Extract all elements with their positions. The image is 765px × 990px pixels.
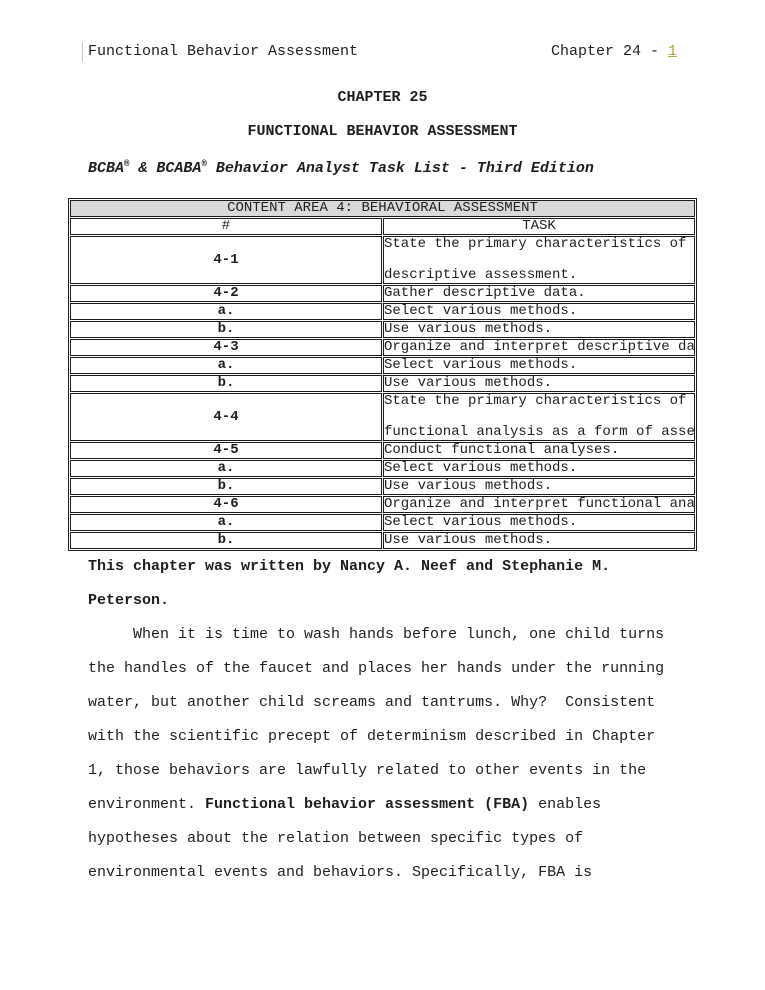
paragraph-text: environment. — [88, 796, 205, 813]
paragraph-text: environmental events and behaviors. Spec… — [88, 864, 592, 881]
task-text-line: Gather descriptive data. — [384, 286, 694, 301]
task-number-cell: b. — [70, 478, 382, 495]
task-row: b.Use various methods. — [70, 532, 695, 549]
task-list-subtitle: BCBA® & BCABA® Behavior Analyst Task Lis… — [88, 160, 594, 178]
paragraph-text: the handles of the faucet and places her… — [88, 660, 664, 677]
attribution-line: Peterson. — [88, 584, 610, 618]
task-number-cell: b. — [70, 375, 382, 392]
column-header-task: TASK — [383, 218, 695, 235]
task-text-line: State the primary characteristics of and… — [384, 394, 694, 409]
task-text-cell: Select various methods. — [383, 303, 695, 320]
task-number-cell: 4-4 — [70, 393, 382, 441]
document-page: Functional Behavior Assessment Chapter 2… — [0, 0, 765, 990]
task-number-cell: a. — [70, 357, 382, 374]
task-text-line: State the primary characteristics of and… — [384, 237, 694, 252]
task-number-cell: a. — [70, 514, 382, 531]
task-text-cell: Select various methods. — [383, 357, 695, 374]
subtitle-text: & BCABA — [129, 160, 201, 177]
table-title-row: CONTENT AREA 4: BEHAVIORAL ASSESSMENT — [70, 200, 695, 217]
task-number-cell: 4-5 — [70, 442, 382, 459]
paragraph-line: with the scientific precept of determini… — [88, 720, 664, 754]
running-header: Functional Behavior Assessment Chapter 2… — [88, 44, 677, 60]
task-text-line: Use various methods. — [384, 479, 694, 494]
task-row: 4-2Gather descriptive data. — [70, 285, 695, 302]
paragraph-text: water, but another child screams and tan… — [88, 694, 655, 711]
task-text-cell: Use various methods. — [383, 321, 695, 338]
subtitle-text: Behavior Analyst Task List - Third Editi… — [207, 160, 594, 177]
paragraph-line: the handles of the faucet and places her… — [88, 652, 664, 686]
column-header-num: # — [70, 218, 382, 235]
task-text-line: Select various methods. — [384, 358, 694, 373]
paragraph-text: hypotheses about the relation between sp… — [88, 830, 583, 847]
chapter-page-prefix: Chapter 24 - — [551, 43, 668, 60]
task-text-line: Organize and interpret functional analys… — [384, 497, 694, 512]
task-row: b.Use various methods. — [70, 375, 695, 392]
chapter-title-heading: FUNCTIONAL BEHAVIOR ASSESSMENT — [0, 124, 765, 140]
task-text-line: Use various methods. — [384, 376, 694, 391]
task-text-line: functional analysis as a form of assessm… — [384, 425, 694, 440]
task-text-cell: Select various methods. — [383, 514, 695, 531]
subtitle-text: BCBA — [88, 160, 124, 177]
paragraph-line: water, but another child screams and tan… — [88, 686, 664, 720]
task-row: 4-6Organize and interpret functional ana… — [70, 496, 695, 513]
task-number-cell: b. — [70, 532, 382, 549]
task-text-line: Organize and interpret descriptive data. — [384, 340, 694, 355]
task-number-cell: 4-2 — [70, 285, 382, 302]
task-row: a.Select various methods. — [70, 357, 695, 374]
attribution-line: This chapter was written by Nancy A. Nee… — [88, 550, 610, 584]
paragraph-text: enables — [529, 796, 601, 813]
paragraph-line: environmental events and behaviors. Spec… — [88, 856, 664, 890]
task-text-cell: Conduct functional analyses. — [383, 442, 695, 459]
paragraph-line: hypotheses about the relation between sp… — [88, 822, 664, 856]
task-text-cell: State the primary characteristics of and… — [383, 236, 695, 284]
attribution-paragraph: This chapter was written by Nancy A. Nee… — [88, 550, 610, 618]
task-row: a.Select various methods. — [70, 514, 695, 531]
margin-marker — [82, 42, 83, 62]
task-text-cell: Use various methods. — [383, 375, 695, 392]
paragraph-text: with the scientific precept of determini… — [88, 728, 655, 745]
task-text-line: Select various methods. — [384, 515, 694, 530]
task-number-cell: 4-6 — [70, 496, 382, 513]
paragraph-line: 1, those behaviors are lawfully related … — [88, 754, 664, 788]
task-number-cell: b. — [70, 321, 382, 338]
task-text-cell: Organize and interpret descriptive data. — [383, 339, 695, 356]
task-text-line: Select various methods. — [384, 304, 694, 319]
running-header-chapter: Chapter 24 - 1 — [551, 44, 677, 60]
task-text-line: descriptive assessment. — [384, 268, 694, 283]
paragraph-text: 1, those behaviors are lawfully related … — [88, 762, 646, 779]
task-text-cell: Organize and interpret functional analys… — [383, 496, 695, 513]
task-text-cell: Select various methods. — [383, 460, 695, 477]
task-number-cell: 4-1 — [70, 236, 382, 284]
paragraph-line: When it is time to wash hands before lun… — [88, 618, 664, 652]
paragraph-text: When it is time to wash hands before lun… — [88, 626, 664, 643]
task-text-line: Use various methods. — [384, 533, 694, 548]
paragraph-line: environment. Functional behavior assessm… — [88, 788, 664, 822]
task-text-cell: State the primary characteristics of and… — [383, 393, 695, 441]
task-number-cell: a. — [70, 460, 382, 477]
intro-paragraph: When it is time to wash hands before lun… — [88, 618, 664, 890]
task-row: a.Select various methods. — [70, 303, 695, 320]
task-row: b.Use various methods. — [70, 321, 695, 338]
task-text-cell: Use various methods. — [383, 532, 695, 549]
task-text-line: Use various methods. — [384, 322, 694, 337]
task-row: 4-5Conduct functional analyses. — [70, 442, 695, 459]
table-column-header-row: # TASK — [70, 218, 695, 235]
task-number-cell: a. — [70, 303, 382, 320]
task-text-cell: Gather descriptive data. — [383, 285, 695, 302]
table-title: CONTENT AREA 4: BEHAVIORAL ASSESSMENT — [70, 200, 695, 217]
task-text-line: Conduct functional analyses. — [384, 443, 694, 458]
bold-key-term: Functional behavior assessment (FBA) — [205, 796, 529, 813]
task-text-line: Select various methods. — [384, 461, 694, 476]
page-number-link[interactable]: 1 — [668, 43, 677, 60]
task-row: b.Use various methods. — [70, 478, 695, 495]
task-row: 4-1State the primary characteristics of … — [70, 236, 695, 284]
task-text-cell: Use various methods. — [383, 478, 695, 495]
task-row: 4-3Organize and interpret descriptive da… — [70, 339, 695, 356]
task-row: 4-4State the primary characteristics of … — [70, 393, 695, 441]
task-number-cell: 4-3 — [70, 339, 382, 356]
chapter-number-heading: CHAPTER 25 — [0, 90, 765, 106]
running-header-title: Functional Behavior Assessment — [88, 44, 358, 60]
task-row: a.Select various methods. — [70, 460, 695, 477]
task-table: CONTENT AREA 4: BEHAVIORAL ASSESSMENT # … — [68, 198, 697, 551]
